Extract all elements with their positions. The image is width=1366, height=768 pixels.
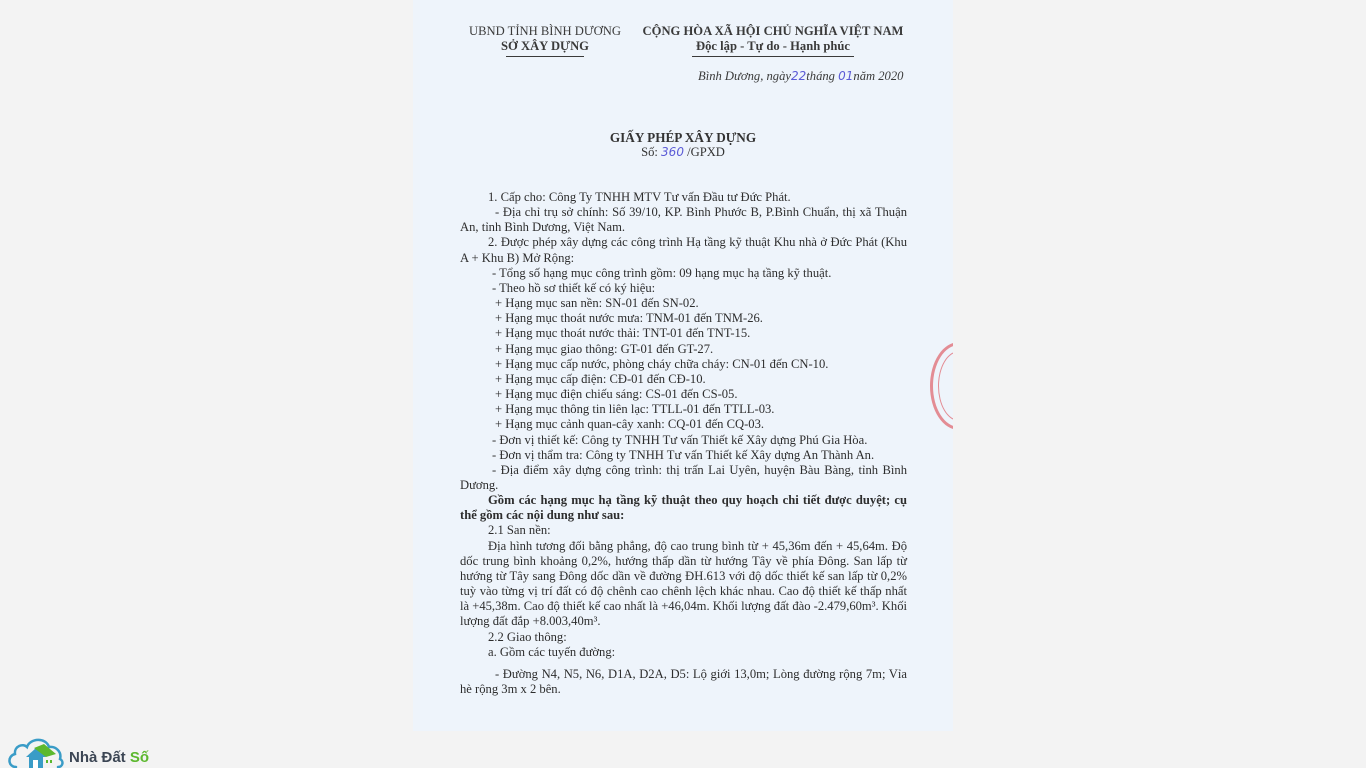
document-line: - Đơn vị thiết kế: Công ty TNHH Tư vấn T… <box>460 433 907 448</box>
number-label: Số: <box>641 145 658 159</box>
document-line: + Hạng mục cấp nước, phòng cháy chữa chá… <box>460 357 907 372</box>
document-line: - Địa điểm xây dựng công trình: thị trấn… <box>460 463 907 493</box>
issuer-header: UBND TỈNH BÌNH DƯƠNG SỞ XÂY DỰNG <box>460 24 630 57</box>
date-mid: tháng <box>806 69 835 83</box>
watermark-logo: Nhà Đất Số <box>6 733 149 768</box>
document-line: + Hạng mục điện chiếu sáng: CS-01 đến CS… <box>460 387 907 402</box>
document-body: 1. Cấp cho: Công Ty TNHH MTV Tư vấn Đầu … <box>460 190 907 697</box>
document-page: UBND TỈNH BÌNH DƯƠNG SỞ XÂY DỰNG CỘNG HÒ… <box>413 0 953 731</box>
document-line: + Hạng mục thoát nước mưa: TNM-01 đến TN… <box>460 311 907 326</box>
document-line <box>460 660 907 667</box>
document-line: 2.1 San nền: <box>460 523 907 538</box>
document-line: - Đơn vị thẩm tra: Công ty TNHH Tư vấn T… <box>460 448 907 463</box>
document-line: + Hạng mục cảnh quan-cây xanh: CQ-01 đến… <box>460 417 907 432</box>
issuer-underline <box>506 56 584 57</box>
brand-name-part2: Số <box>130 749 149 766</box>
brand-name-part1: Nhà Đất <box>69 749 126 766</box>
document-line: 1. Cấp cho: Công Ty TNHH MTV Tư vấn Đầu … <box>460 190 907 205</box>
document-number: Số: 360 /GPXD <box>413 145 953 160</box>
issuer-department: SỞ XÂY DỰNG <box>460 39 630 54</box>
red-seal-stamp-icon <box>930 342 953 430</box>
motto-underline <box>692 56 854 57</box>
document-line: + Hạng mục giao thông: GT-01 đến GT-27. <box>460 342 907 357</box>
cloud-house-logo-icon <box>6 734 66 768</box>
national-title: CỘNG HÒA XÃ HỘI CHỦ NGHĨA VIỆT NAM <box>633 24 913 39</box>
date-suffix: năm 2020 <box>853 69 903 83</box>
document-line: - Địa chỉ trụ sở chính: Số 39/10, KP. Bì… <box>460 205 907 235</box>
document-line: + Hạng mục thông tin liên lạc: TTLL-01 đ… <box>460 402 907 417</box>
document-line: 2. Được phép xây dựng các công trình Hạ … <box>460 235 907 265</box>
document-line: + Hạng mục thoát nước thải: TNT-01 đến T… <box>460 326 907 341</box>
date-prefix: Bình Dương, ngày <box>698 69 791 83</box>
document-line: - Tổng số hạng mục công trình gồm: 09 hạ… <box>460 266 907 281</box>
issue-date: Bình Dương, ngày22tháng 01năm 2020 <box>698 69 903 84</box>
number-value: 360 <box>661 145 684 159</box>
document-line: 2.2 Giao thông: <box>460 630 907 645</box>
national-motto: Độc lập - Tự do - Hạnh phúc <box>633 39 913 54</box>
document-line: Địa hình tương đối bằng phẳng, độ cao tr… <box>460 539 907 630</box>
brand-name: Nhà Đất Số <box>69 749 149 766</box>
national-header: CỘNG HÒA XÃ HỘI CHỦ NGHĨA VIỆT NAM Độc l… <box>633 24 913 57</box>
document-line: + Hạng mục san nền: SN-01 đến SN-02. <box>460 296 907 311</box>
date-month: 01 <box>838 69 853 83</box>
document-line: - Theo hồ sơ thiết kế có ký hiệu: <box>460 281 907 296</box>
number-suffix: /GPXD <box>687 145 725 159</box>
document-line: - Đường N4, N5, N6, D1A, D2A, D5: Lộ giớ… <box>460 667 907 697</box>
document-line: a. Gồm các tuyến đường: <box>460 645 907 660</box>
date-day: 22 <box>791 69 806 83</box>
issuer-province: UBND TỈNH BÌNH DƯƠNG <box>460 24 630 39</box>
document-title: GIẤY PHÉP XÂY DỰNG <box>413 130 953 146</box>
document-line: Gồm các hạng mục hạ tầng kỹ thuật theo q… <box>460 493 907 523</box>
document-line: + Hạng mục cấp điện: CĐ-01 đến CĐ-10. <box>460 372 907 387</box>
